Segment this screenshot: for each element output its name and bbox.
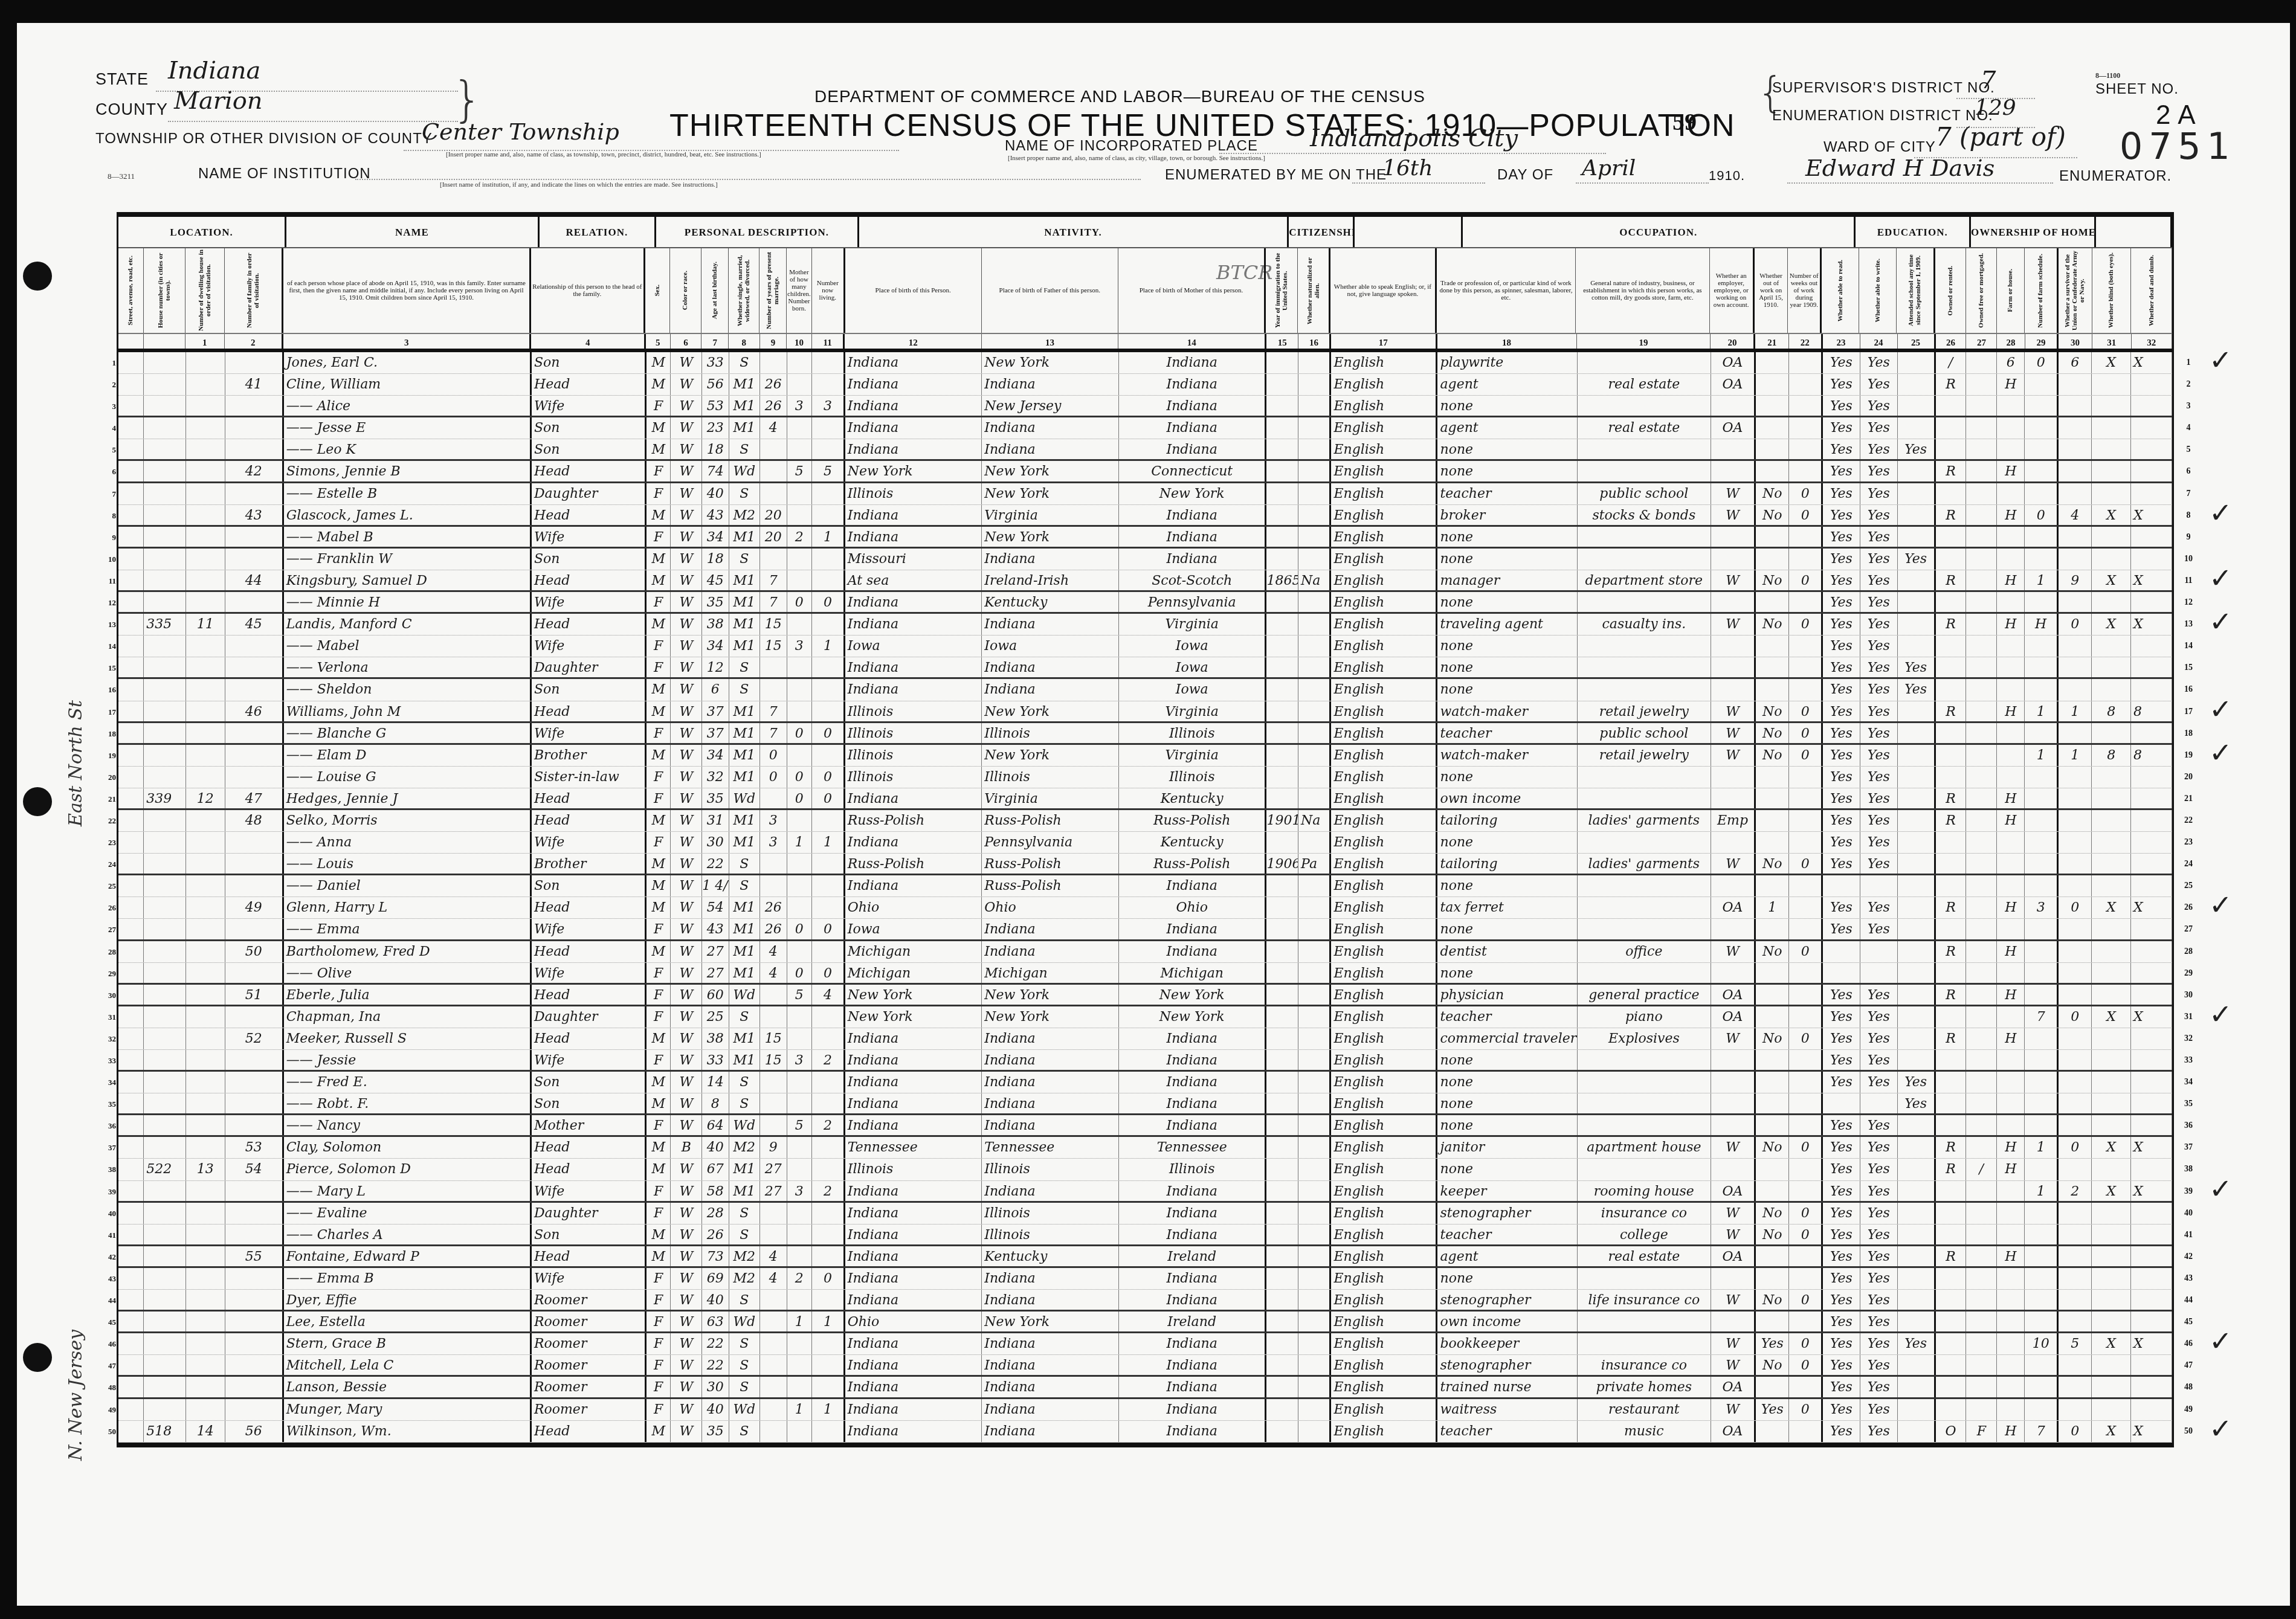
table-cell bbox=[1298, 1399, 1331, 1420]
person-name: Mitchell, Lela C bbox=[284, 1355, 532, 1375]
table-cell: Virginia bbox=[982, 505, 1119, 525]
table-cell bbox=[1789, 832, 1823, 853]
table-cell: 1 bbox=[2025, 1137, 2059, 1158]
occupation: playwrite bbox=[1437, 352, 1577, 373]
table-cell: Kentucky bbox=[1119, 788, 1267, 808]
margin-note-street: N. New Jersey bbox=[65, 1330, 86, 1461]
table-cell bbox=[760, 1072, 787, 1093]
table-cell: W bbox=[671, 1072, 702, 1093]
sheet-form-code: 8—1100 bbox=[2095, 71, 2120, 80]
table-cell: 0 bbox=[760, 767, 787, 788]
table-cell bbox=[2059, 941, 2092, 962]
table-cell: Ireland bbox=[1119, 1246, 1267, 1266]
industry bbox=[1578, 439, 1711, 459]
table-cell bbox=[2131, 832, 2172, 853]
table-cell: R bbox=[1936, 788, 1967, 808]
table-cell: Indiana bbox=[845, 832, 982, 853]
table-cell bbox=[186, 549, 225, 570]
table-cell: Illinois bbox=[982, 767, 1119, 788]
table-cell: 28 bbox=[702, 1203, 729, 1224]
binder-hole bbox=[23, 787, 52, 816]
table-cell bbox=[1298, 1290, 1331, 1310]
table-row: 213391247Hedges, Jennie JHeadFW35Wd00Ind… bbox=[118, 788, 2172, 810]
table-cell bbox=[186, 352, 225, 373]
line-number-right: 38 bbox=[2179, 1165, 2198, 1174]
table-cell bbox=[1997, 745, 2025, 766]
table-cell: X bbox=[2092, 352, 2131, 373]
table-cell: 38 bbox=[702, 614, 729, 635]
table-cell: Yes bbox=[1860, 374, 1898, 395]
table-cell: 5 bbox=[2059, 1333, 2092, 1354]
column-header: Number of weeks out of work during year … bbox=[1788, 248, 1822, 333]
table-cell bbox=[2059, 767, 2092, 788]
table-cell bbox=[1898, 963, 1936, 983]
table-cell bbox=[1789, 439, 1823, 459]
table-cell bbox=[2025, 1093, 2059, 1113]
line-number-right: 3 bbox=[2179, 402, 2198, 411]
table-cell: B bbox=[671, 1137, 702, 1158]
table-cell bbox=[186, 1181, 225, 1201]
line-number: 44 bbox=[103, 1296, 116, 1305]
table-cell: H bbox=[1997, 1421, 2025, 1442]
table-cell: S bbox=[729, 439, 761, 459]
table-cell: 2 bbox=[2059, 1181, 2092, 1201]
column-number: 32 bbox=[2132, 334, 2173, 349]
column-header-label: Sex. bbox=[654, 285, 661, 296]
table-cell: W bbox=[1711, 1290, 1756, 1310]
table-cell bbox=[118, 854, 144, 874]
table-cell: 0 bbox=[1789, 1290, 1823, 1310]
table-row: 36NancyMotherFW64Wd52IndianaIndianaIndia… bbox=[118, 1115, 2172, 1137]
table-cell bbox=[2059, 657, 2092, 677]
table-cell: M bbox=[647, 505, 671, 525]
table-cell: 0 bbox=[2059, 897, 2092, 918]
table-cell bbox=[2131, 1399, 2172, 1420]
table-cell bbox=[1823, 963, 1860, 983]
person-name: Munger, Mary bbox=[284, 1399, 532, 1420]
table-cell bbox=[1789, 985, 1823, 1005]
language: English bbox=[1331, 1225, 1437, 1244]
table-cell bbox=[1860, 875, 1898, 896]
line-number: 23 bbox=[103, 838, 116, 848]
table-cell: Indiana bbox=[845, 788, 982, 808]
table-cell bbox=[1756, 374, 1789, 395]
table-cell bbox=[225, 657, 284, 677]
table-cell: 40 bbox=[702, 483, 729, 504]
table-cell bbox=[2059, 723, 2092, 743]
table-cell bbox=[1298, 745, 1331, 766]
table-cell bbox=[225, 636, 284, 657]
table-cell: Russ-Polish bbox=[845, 854, 982, 874]
table-cell bbox=[1966, 767, 1997, 788]
table-cell: 23 bbox=[702, 417, 729, 439]
line-number: 3 bbox=[103, 402, 116, 411]
table-cell: New York bbox=[845, 985, 982, 1005]
relation: Son bbox=[532, 679, 647, 700]
column-number: 12 bbox=[845, 334, 981, 349]
table-cell: R bbox=[1936, 505, 1967, 525]
line-number: 32 bbox=[103, 1034, 116, 1044]
table-cell: S bbox=[729, 657, 761, 677]
line-number: 17 bbox=[103, 707, 116, 717]
column-header-label: Whether able to read. bbox=[1837, 260, 1844, 321]
industry bbox=[1578, 963, 1711, 983]
table-cell: O bbox=[1936, 1421, 1967, 1442]
table-cell bbox=[1298, 963, 1331, 983]
table-cell bbox=[2025, 396, 2059, 416]
table-cell bbox=[118, 875, 144, 896]
table-cell bbox=[1298, 374, 1331, 395]
language: English bbox=[1331, 701, 1437, 721]
table-row: 45Lee, EstellaRoomerFW63Wd11OhioNew York… bbox=[118, 1312, 2172, 1333]
table-cell: Yes bbox=[1823, 1246, 1860, 1266]
table-cell bbox=[1789, 1246, 1823, 1266]
table-cell: M bbox=[647, 1137, 671, 1158]
table-cell bbox=[1966, 549, 1997, 570]
table-row: 20Louise GSister-in-lawFW32M1000Illinois… bbox=[118, 767, 2172, 788]
column-header: Owned free or mortgaged. bbox=[1966, 248, 1997, 333]
table-cell bbox=[1298, 788, 1331, 808]
language: English bbox=[1331, 745, 1437, 766]
table-cell bbox=[1266, 1072, 1298, 1093]
table-cell: 40 bbox=[702, 1290, 729, 1310]
table-cell bbox=[812, 941, 845, 962]
table-cell bbox=[118, 963, 144, 983]
person-name: Fred E. bbox=[284, 1072, 532, 1093]
table-cell bbox=[1966, 963, 1997, 983]
table-row: 3252Meeker, Russell SHeadMW38M115Indiana… bbox=[118, 1028, 2172, 1050]
table-cell bbox=[225, 439, 284, 459]
table-cell: W bbox=[671, 679, 702, 700]
column-header-label: Whether blind (both eyes). bbox=[2107, 253, 2115, 328]
line-number-right: 9 bbox=[2179, 533, 2198, 542]
table-cell: 3 bbox=[787, 636, 813, 657]
table-cell: Yes bbox=[1823, 1355, 1860, 1375]
table-cell bbox=[1898, 1137, 1936, 1158]
table-cell bbox=[225, 875, 284, 896]
table-cell: No bbox=[1756, 745, 1789, 766]
table-cell bbox=[812, 1333, 845, 1354]
table-cell bbox=[1997, 875, 2025, 896]
table-cell: F bbox=[647, 592, 671, 612]
table-cell bbox=[1298, 636, 1331, 657]
table-cell bbox=[2131, 657, 2172, 677]
table-cell: Indiana bbox=[1119, 352, 1267, 373]
table-cell: M bbox=[647, 1159, 671, 1180]
table-cell bbox=[760, 854, 787, 874]
occupation: stenographer bbox=[1437, 1355, 1577, 1375]
table-cell bbox=[186, 897, 225, 918]
table-cell bbox=[1789, 396, 1823, 416]
table-cell: 14 bbox=[702, 1072, 729, 1093]
table-cell bbox=[2025, 1050, 2059, 1070]
language: English bbox=[1331, 941, 1437, 962]
table-cell bbox=[1266, 1093, 1298, 1113]
table-cell: 4 bbox=[760, 963, 787, 983]
stamp-number: 0751 bbox=[2120, 126, 2236, 168]
table-cell: Indiana bbox=[845, 1203, 982, 1224]
table-cell bbox=[118, 723, 144, 743]
person-name: Louis bbox=[284, 854, 532, 874]
table-cell bbox=[787, 1377, 813, 1397]
column-header: Number of dwelling house in order of vis… bbox=[185, 248, 225, 333]
table-cell: S bbox=[729, 483, 761, 504]
industry bbox=[1578, 352, 1711, 373]
ward-label: Ward of city bbox=[1824, 139, 1936, 156]
table-row: 4Jesse ESonMW23M14IndianaIndianaIndianaE… bbox=[118, 417, 2172, 439]
table-cell: F bbox=[647, 657, 671, 677]
table-cell: F bbox=[647, 1268, 671, 1289]
table-cell bbox=[2025, 657, 2059, 677]
table-cell: Indiana bbox=[1119, 1290, 1267, 1310]
table-row: 25DanielSonMW1 4/12SIndianaRuss-PolishIn… bbox=[118, 875, 2172, 897]
table-cell: X bbox=[2131, 614, 2172, 635]
table-cell: 3 bbox=[787, 1181, 813, 1201]
table-cell: 3 bbox=[787, 396, 813, 416]
table-cell bbox=[2025, 592, 2059, 612]
table-cell: M1 bbox=[729, 570, 761, 590]
table-cell: 18 bbox=[702, 549, 729, 570]
table-cell: H bbox=[1997, 570, 2025, 590]
line-number: 6 bbox=[103, 467, 116, 477]
table-cell bbox=[1298, 1028, 1331, 1049]
relation: Head bbox=[532, 1159, 647, 1180]
table-cell bbox=[1298, 941, 1331, 962]
table-cell bbox=[2059, 810, 2092, 831]
table-cell: R bbox=[1936, 941, 1967, 962]
column-header-label: Number now living. bbox=[813, 280, 842, 301]
table-cell bbox=[225, 1333, 284, 1354]
table-cell bbox=[1298, 1137, 1331, 1158]
table-cell: Yes bbox=[1823, 1203, 1860, 1224]
industry: private homes bbox=[1578, 1377, 1711, 1397]
table-cell bbox=[1298, 679, 1331, 700]
table-cell bbox=[2059, 919, 2092, 939]
table-cell: OA bbox=[1711, 352, 1756, 373]
table-cell: Indiana bbox=[982, 1377, 1119, 1397]
column-number: 4 bbox=[531, 334, 646, 349]
table-cell bbox=[2092, 1072, 2131, 1093]
table-cell: Yes bbox=[1823, 1159, 1860, 1180]
table-cell: Indiana bbox=[845, 1115, 982, 1135]
relation: Wife bbox=[532, 919, 647, 939]
table-cell: W bbox=[671, 439, 702, 459]
table-cell: Indiana bbox=[982, 1072, 1119, 1093]
supervisor-district: 7 bbox=[1981, 66, 1996, 94]
table-cell bbox=[1997, 1225, 2025, 1244]
table-cell: W bbox=[1711, 1028, 1756, 1049]
line-number: 35 bbox=[103, 1099, 116, 1109]
table-cell bbox=[1711, 461, 1756, 481]
table-cell: M1 bbox=[729, 832, 761, 853]
table-cell bbox=[2092, 439, 2131, 459]
person-name: Hedges, Jennie J bbox=[284, 788, 532, 808]
table-cell: Yes bbox=[1860, 1181, 1898, 1201]
table-cell bbox=[118, 1377, 144, 1397]
table-cell bbox=[1898, 417, 1936, 439]
table-cell: 0 bbox=[787, 919, 813, 939]
table-cell bbox=[225, 1181, 284, 1201]
table-cell: 0 bbox=[812, 592, 845, 612]
industry bbox=[1578, 461, 1711, 481]
table-cell: W bbox=[671, 483, 702, 504]
table-cell: 50 bbox=[225, 941, 284, 962]
table-cell: 0 bbox=[812, 767, 845, 788]
table-cell: 0 bbox=[2059, 1006, 2092, 1028]
table-cell: 3 bbox=[2025, 897, 2059, 918]
table-cell bbox=[1266, 745, 1298, 766]
table-cell bbox=[118, 439, 144, 459]
table-cell: Illinois bbox=[845, 723, 982, 743]
line-number-right: 35 bbox=[2179, 1099, 2198, 1109]
table-cell: F bbox=[647, 723, 671, 743]
table-cell: Yes bbox=[1860, 701, 1898, 721]
table-cell: W bbox=[671, 1050, 702, 1070]
table-cell: 9 bbox=[760, 1137, 787, 1158]
table-row: 9Mabel BWifeFW34M12021IndianaNew YorkInd… bbox=[118, 527, 2172, 549]
table-cell: Yes bbox=[1860, 745, 1898, 766]
table-cell: 6 bbox=[1997, 352, 2025, 373]
person-name: Elam D bbox=[284, 745, 532, 766]
table-cell: Wd bbox=[729, 1399, 761, 1420]
table-cell: F bbox=[647, 483, 671, 504]
table-cell bbox=[1756, 417, 1789, 439]
table-cell: M1 bbox=[729, 1181, 761, 1201]
table-row: 46Stern, Grace BRoomerFW22SIndianaIndian… bbox=[118, 1333, 2172, 1355]
relation: Wife bbox=[532, 1268, 647, 1289]
table-cell bbox=[1936, 1333, 1967, 1354]
table-cell: 8 bbox=[2131, 745, 2172, 766]
table-cell: W bbox=[671, 1181, 702, 1201]
table-cell bbox=[1266, 614, 1298, 635]
table-cell bbox=[1756, 1181, 1789, 1201]
table-cell: 7 bbox=[760, 592, 787, 612]
table-cell bbox=[760, 1333, 787, 1354]
census-table: LOCATION.NAMERELATION.PERSONAL DESCRIPTI… bbox=[117, 212, 2174, 1447]
table-cell bbox=[118, 570, 144, 590]
table-cell bbox=[225, 1072, 284, 1093]
table-cell: 43 bbox=[702, 919, 729, 939]
table-cell: X bbox=[2131, 1137, 2172, 1158]
language: English bbox=[1331, 417, 1437, 439]
column-header: Attended school any time since September… bbox=[1897, 248, 1935, 333]
table-cell bbox=[812, 701, 845, 721]
table-cell bbox=[1298, 1312, 1331, 1331]
table-cell bbox=[225, 745, 284, 766]
column-header-label: Number of years of present marriage. bbox=[766, 249, 780, 332]
table-cell bbox=[1997, 417, 2025, 439]
table-cell: Russ-Polish bbox=[1119, 810, 1267, 831]
line-number-right: 37 bbox=[2179, 1143, 2198, 1153]
table-cell: W bbox=[671, 745, 702, 766]
table-cell bbox=[1298, 527, 1331, 547]
table-cell bbox=[1997, 723, 2025, 743]
table-cell: H bbox=[1997, 788, 2025, 808]
relation: Son bbox=[532, 352, 647, 373]
line-number-right: 20 bbox=[2179, 773, 2198, 782]
table-cell bbox=[787, 417, 813, 439]
table-cell bbox=[1898, 1181, 1936, 1201]
table-cell bbox=[1711, 396, 1756, 416]
table-cell: X bbox=[2131, 897, 2172, 918]
table-cell bbox=[225, 854, 284, 874]
township-value: Center Township bbox=[422, 118, 619, 145]
table-cell bbox=[225, 1093, 284, 1113]
table-cell bbox=[144, 897, 186, 918]
table-cell bbox=[1298, 1268, 1331, 1289]
table-cell: New York bbox=[982, 745, 1119, 766]
table-cell bbox=[1966, 788, 1997, 808]
relation: Wife bbox=[532, 527, 647, 547]
table-cell: F bbox=[647, 1377, 671, 1397]
table-cell: X bbox=[2131, 570, 2172, 590]
table-cell bbox=[2131, 483, 2172, 504]
table-cell: Yes bbox=[1860, 679, 1898, 700]
table-cell bbox=[144, 1181, 186, 1201]
table-cell bbox=[2092, 1028, 2131, 1049]
table-cell: 3 bbox=[760, 810, 787, 831]
table-cell bbox=[787, 1246, 813, 1266]
table-cell bbox=[787, 1137, 813, 1158]
column-number: 27 bbox=[1966, 334, 1997, 349]
table-cell: Yes bbox=[1860, 1137, 1898, 1158]
table-cell bbox=[812, 374, 845, 395]
person-name: Lanson, Bessie bbox=[284, 1377, 532, 1397]
line-number: 39 bbox=[103, 1187, 116, 1197]
table-cell bbox=[186, 483, 225, 504]
table-cell: 44 bbox=[225, 570, 284, 590]
column-number: 14 bbox=[1118, 334, 1266, 349]
table-cell bbox=[2025, 1246, 2059, 1266]
table-cell: No bbox=[1756, 483, 1789, 504]
table-cell: No bbox=[1756, 854, 1789, 874]
column-number: 18 bbox=[1437, 334, 1577, 349]
table-cell bbox=[1266, 767, 1298, 788]
table-cell bbox=[1266, 1006, 1298, 1028]
table-cell bbox=[1756, 657, 1789, 677]
table-cell: Indiana bbox=[1119, 1072, 1267, 1093]
table-cell bbox=[1266, 1421, 1298, 1442]
table-cell bbox=[1266, 1203, 1298, 1224]
table-cell bbox=[787, 374, 813, 395]
table-cell: Pennsylvania bbox=[982, 832, 1119, 853]
table-cell: Na bbox=[1298, 810, 1331, 831]
table-cell bbox=[2059, 527, 2092, 547]
line-number: 2 bbox=[103, 380, 116, 390]
table-cell: 42 bbox=[225, 461, 284, 481]
column-header-label: House number (in cities or towns). bbox=[157, 249, 172, 332]
table-cell: Yes bbox=[1898, 657, 1936, 677]
table-cell bbox=[118, 1399, 144, 1420]
table-cell: W bbox=[1711, 941, 1756, 962]
table-cell bbox=[118, 1159, 144, 1180]
table-cell: F bbox=[647, 1203, 671, 1224]
table-cell bbox=[225, 352, 284, 373]
table-cell bbox=[787, 657, 813, 677]
table-cell bbox=[1756, 875, 1789, 896]
column-number: 21 bbox=[1755, 334, 1789, 349]
table-cell: Indiana bbox=[1119, 875, 1267, 896]
table-cell: Yes bbox=[1823, 549, 1860, 570]
table-cell bbox=[225, 919, 284, 939]
table-cell bbox=[1966, 374, 1997, 395]
table-cell bbox=[1789, 1072, 1823, 1093]
table-cell bbox=[1898, 1225, 1936, 1244]
table-cell bbox=[1966, 1225, 1997, 1244]
table-body: 1Jones, Earl C.SonMW33SIndianaNew YorkIn… bbox=[118, 352, 2172, 1443]
table-cell: Indiana bbox=[982, 439, 1119, 459]
table-cell bbox=[2059, 1355, 2092, 1375]
